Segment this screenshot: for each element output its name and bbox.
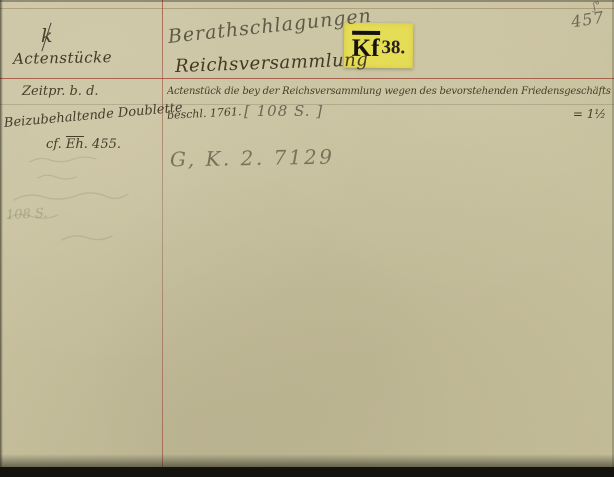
crossed-k-mark: k (41, 25, 53, 47)
card-bottom-shadow (0, 454, 614, 467)
count-note: = 1½ (573, 107, 606, 121)
title-line1: Berathschlagungen (167, 5, 373, 48)
category-heading: Actenstücke (13, 48, 112, 68)
card-top-edge (0, 0, 614, 2)
duplicate-note-line2: cf. Eh. 455. (46, 137, 121, 152)
scan-bottom-strip (0, 467, 614, 477)
description-underlined-word: Reichsversammlung (282, 86, 381, 97)
corner-number: 457 (570, 7, 606, 31)
card-left-edge (0, 0, 3, 477)
description-before: Actenstück die bey der (167, 86, 282, 97)
shelfmark-label-number: 38. (381, 37, 405, 59)
cf-reference: Eh (66, 136, 84, 152)
imprint-year: beschl. 1761. (167, 105, 242, 122)
red-rule-line (0, 78, 614, 79)
cf-prefix: cf. (46, 137, 66, 152)
description-line: Actenstück die bey der Reichsversammlung… (167, 86, 614, 97)
extent-note: [ 108 S. ] (244, 102, 323, 120)
erased-pencil-writing (2, 152, 162, 257)
cf-suffix: . 455. (84, 137, 121, 152)
vertical-rule-line (162, 0, 163, 477)
description-after: wegen des bevorstehenden Friedensgeschäf… (381, 86, 614, 97)
subcategory-note: Zeitpr. b. d. (22, 84, 99, 99)
catalog-card-scan: ʃ° 457 Kf 38. k Actenstücke Zeitpr. b. d… (0, 0, 614, 477)
title-line2: Reichsversammlung (175, 49, 369, 77)
pencil-shelfmark: G, K. 2. 7129 (170, 145, 335, 172)
erased-extent-note: 108 S. (6, 206, 48, 223)
top-rule-line (0, 8, 614, 9)
